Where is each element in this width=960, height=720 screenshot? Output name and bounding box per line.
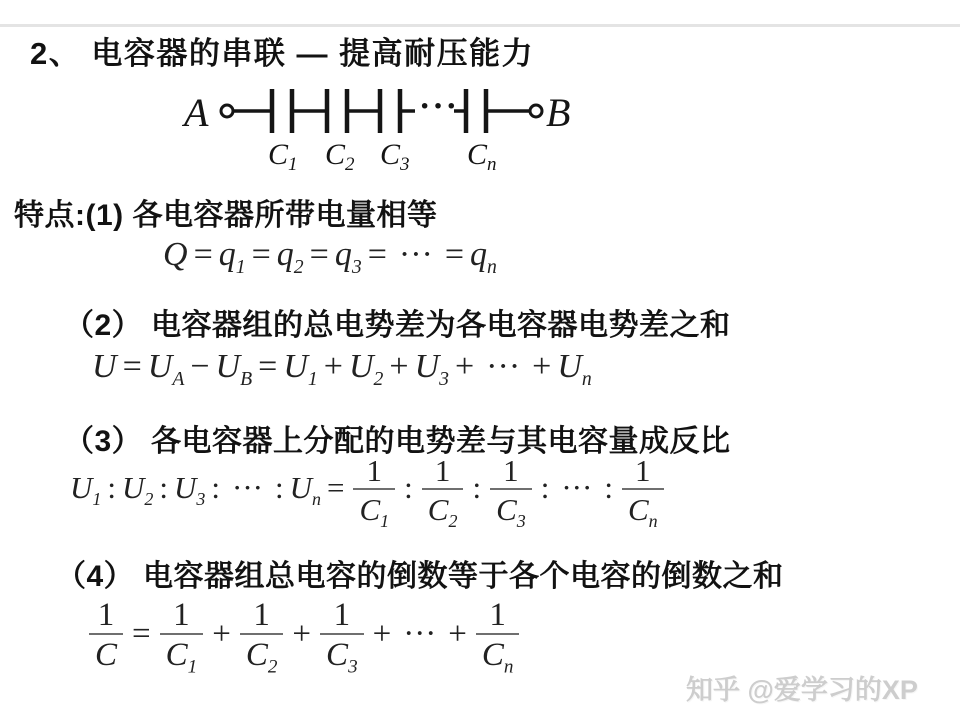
variable: U2 [349, 348, 383, 385]
variable: UA [148, 348, 185, 385]
operator: = [194, 236, 213, 273]
capacitor-label: C2 [325, 138, 355, 172]
section-3-heading: （3） 各电容器上分配的电势差与其电容量成反比 [64, 416, 731, 460]
operator: : [211, 470, 220, 505]
formula-total-voltage: U=UA−UB=U1+U2+U3+···+Un [92, 348, 592, 386]
formula-voltage-ratio: U1:U2:U3:···:Un=1C1:1C2:1C3:···:1Cn [70, 455, 667, 527]
variable: U1 [70, 470, 101, 505]
operator: : [541, 470, 550, 505]
fraction-denominator: Cn [622, 488, 664, 528]
fraction-denominator: C2 [240, 633, 284, 675]
fraction: 1Cn [476, 598, 520, 675]
terminal-b-node [530, 105, 542, 117]
fraction-denominator: C [89, 633, 123, 675]
fraction-denominator: Cn [476, 633, 520, 675]
fraction: 1C3 [490, 455, 532, 527]
terminal-a-node [221, 105, 233, 117]
formula-reciprocal-capacitance: 1C=1C1+1C2+1C3+···+1Cn [86, 598, 522, 675]
fraction-numerator: 1 [320, 598, 364, 633]
operator: ··· [232, 470, 263, 505]
fraction-numerator: 1 [490, 455, 532, 488]
fraction-numerator: 1 [422, 455, 464, 488]
variable: Q [163, 236, 188, 273]
variable: Un [557, 348, 591, 385]
page-title: 2、 电容器的串联 — 提高耐压能力 [30, 28, 534, 73]
variable: U3 [174, 470, 205, 505]
variable: U1 [283, 348, 317, 385]
fraction-numerator: 1 [476, 598, 520, 633]
fraction: 1C3 [320, 598, 364, 675]
operator: = [310, 236, 329, 273]
section-4-heading: （4） 电容器组总电容的倒数等于各个电容的倒数之和 [56, 551, 784, 595]
operator: ··· [561, 470, 592, 505]
fraction-numerator: 1 [622, 455, 664, 488]
section-1-heading: 特点:(1) 各电容器所带电量相等 [14, 190, 438, 234]
fraction-denominator: C1 [160, 633, 204, 675]
fraction: 1C1 [160, 598, 204, 675]
section-2-heading: （2） 电容器组的总电势差为各电容器电势差之和 [64, 300, 731, 344]
formula-charge-equality: Q=q1=q2=q3=···=qn [163, 236, 497, 274]
operator: = [132, 616, 151, 652]
operator: + [212, 616, 231, 652]
variable: q3 [335, 236, 362, 273]
variable: UB [216, 348, 253, 385]
fraction-numerator: 1 [353, 455, 395, 488]
operator: + [292, 616, 311, 652]
operator: ··· [403, 616, 436, 652]
top-divider-line [0, 24, 960, 27]
capacitor-label: C1 [268, 138, 298, 172]
fraction-numerator: 1 [89, 598, 123, 633]
variable: Un [290, 470, 321, 505]
operator: = [327, 470, 344, 505]
operator: + [324, 348, 343, 385]
operator: + [532, 348, 551, 385]
variable: U2 [122, 470, 153, 505]
terminal-a-label: A [182, 90, 209, 135]
operator: = [123, 348, 142, 385]
operator: ··· [399, 236, 433, 273]
fraction: 1C1 [353, 455, 395, 527]
operator: : [604, 470, 613, 505]
fraction-denominator: C3 [320, 633, 364, 675]
capacitor-label: Cn [467, 138, 497, 172]
operator: + [389, 348, 408, 385]
watermark: 知乎 @爱学习的XP [686, 668, 918, 707]
variable: U [92, 348, 117, 385]
slide: 2、 电容器的串联 — 提高耐压能力 A ··· B C1 C2 C3 Cn 特… [0, 0, 960, 720]
operator: = [445, 236, 464, 273]
series-capacitor-circuit-diagram: A ··· B C1 C2 C3 Cn [182, 84, 582, 172]
fraction-numerator: 1 [160, 598, 204, 633]
fraction: 1C [89, 598, 123, 675]
fraction-denominator: C1 [353, 488, 395, 528]
capacitor-label: C3 [380, 138, 410, 172]
operator: = [252, 236, 271, 273]
variable: q1 [219, 236, 246, 273]
operator: : [107, 470, 116, 505]
fraction: 1C2 [240, 598, 284, 675]
operator: + [455, 348, 474, 385]
fraction-denominator: C3 [490, 488, 532, 528]
variable: q2 [277, 236, 304, 273]
operator: + [448, 616, 467, 652]
ellipsis-dots: ··· [419, 88, 459, 125]
operator: = [368, 236, 387, 273]
terminal-b-label: B [546, 90, 570, 135]
capacitor-labels: C1 C2 C3 Cn [268, 138, 497, 172]
operator: ··· [486, 348, 520, 385]
variable: qn [470, 236, 497, 273]
operator: + [373, 616, 392, 652]
operator: : [275, 470, 284, 505]
operator: : [404, 470, 413, 505]
fraction: 1Cn [622, 455, 664, 527]
fraction-denominator: C2 [422, 488, 464, 528]
fraction-numerator: 1 [240, 598, 284, 633]
fraction: 1C2 [422, 455, 464, 527]
operator: : [159, 470, 168, 505]
operator: = [258, 348, 277, 385]
operator: − [190, 348, 209, 385]
operator: : [472, 470, 481, 505]
variable: U3 [415, 348, 449, 385]
